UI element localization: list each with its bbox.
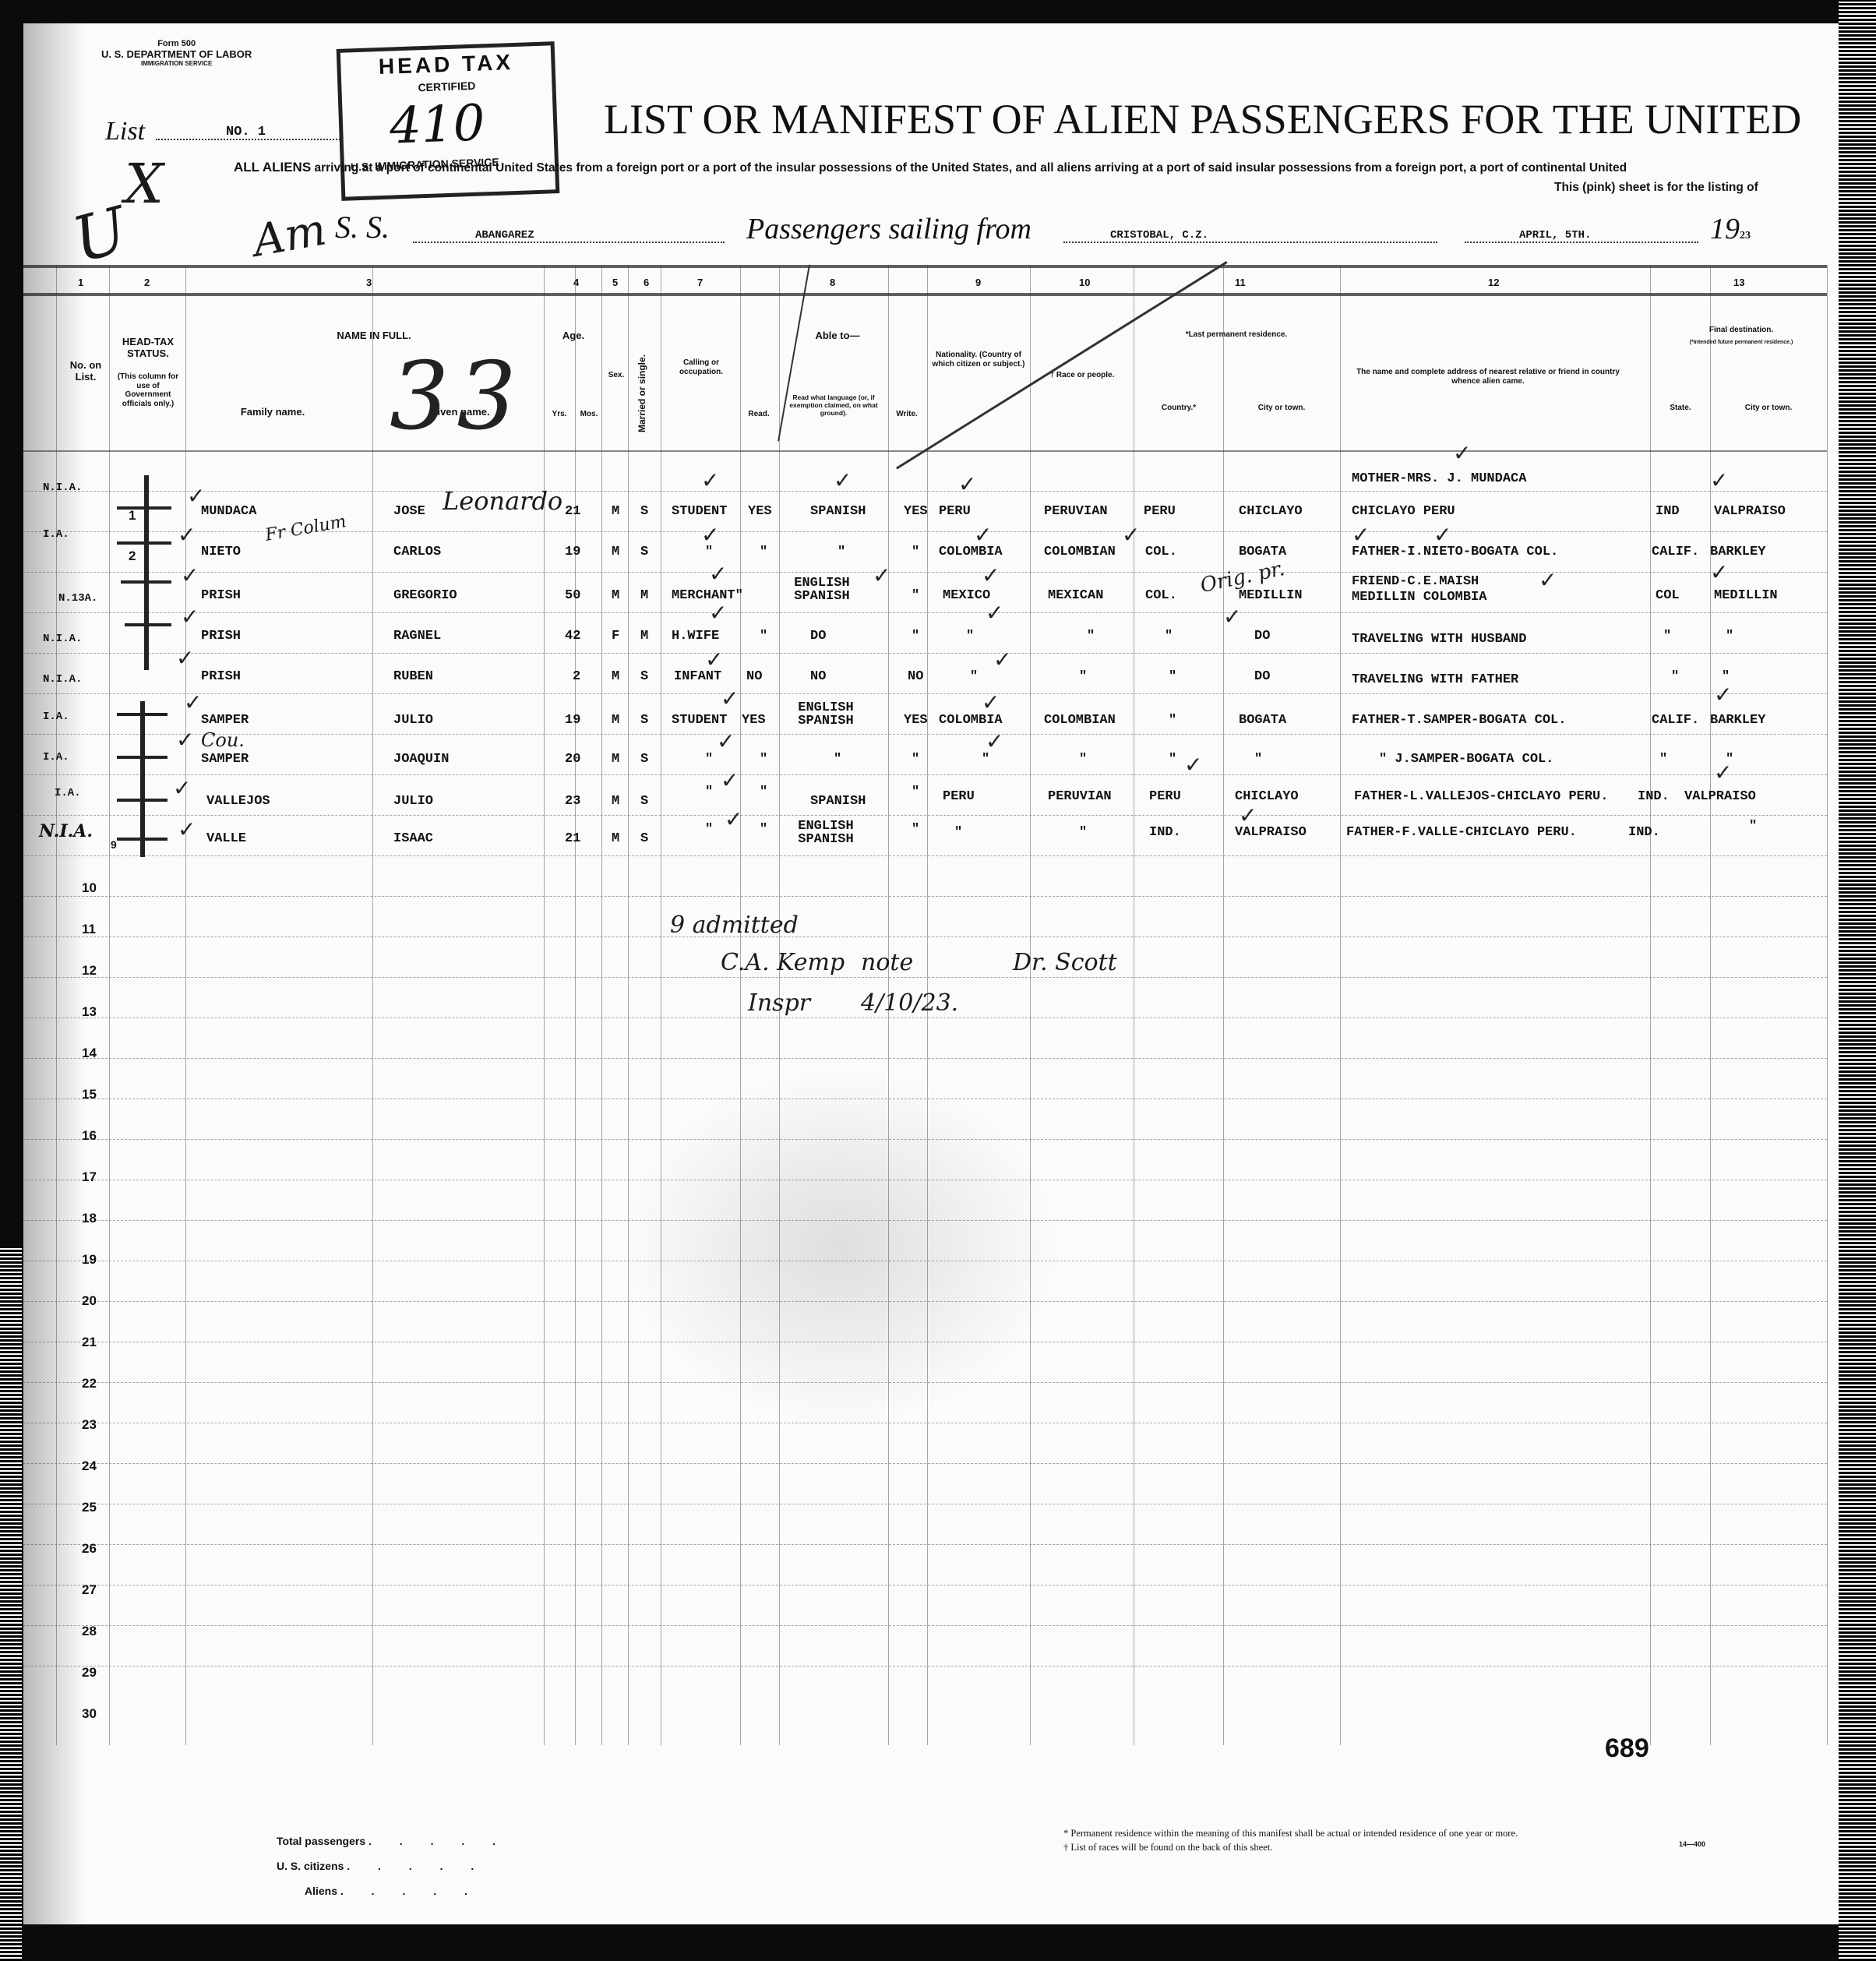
check-icon: ✓ (178, 522, 196, 548)
can-read: YES (742, 714, 766, 727)
can-write: " (912, 589, 919, 602)
age: 2 (573, 670, 580, 683)
relative-address: MEDILLIN COLOMBIA (1352, 591, 1486, 604)
residence-country: COL. (1145, 545, 1177, 559)
can-read: " (760, 823, 767, 836)
grid-line (23, 1666, 1827, 1666)
check-icon: ✓ (982, 563, 1000, 588)
language: SPANISH (810, 505, 866, 518)
can-read: " (760, 545, 767, 559)
occupation: " (705, 753, 713, 766)
race: COLOMBIAN (1044, 714, 1116, 727)
dest-city: BARKLEY (1710, 714, 1765, 727)
nationality: " (954, 826, 962, 839)
nationality: " (982, 753, 989, 766)
form-number: Form 500 (101, 39, 252, 48)
check-icon: ✓ (178, 816, 196, 842)
can-read: YES (748, 505, 772, 518)
residence-city: CHICLAYO (1239, 505, 1303, 518)
check-icon: ✓ (1710, 467, 1728, 493)
language: ENGLISH SPANISH (787, 820, 865, 846)
grid-line (23, 1585, 1827, 1585)
header-calling: Calling or occupation. (664, 358, 739, 376)
grid-col (1827, 265, 1828, 1745)
dest-state: IND. (1638, 790, 1670, 803)
dot-leader: . . . . . (368, 1835, 508, 1847)
head-tax-tally-tick (117, 756, 167, 759)
check-icon: ✓ (974, 522, 992, 548)
family-name: MUNDACA (201, 505, 256, 518)
aliens-row: Aliens . . . . . (277, 1885, 508, 1910)
col-number-1: 1 (78, 277, 83, 288)
given-name: ISAAC (393, 832, 433, 845)
residence-city: DO (1254, 670, 1270, 683)
check-icon: ✓ (1239, 802, 1257, 828)
handwritten-x: X (125, 152, 164, 216)
departure-year: 1923 (1710, 212, 1751, 246)
grid-line (23, 1463, 1827, 1464)
service: IMMIGRATION SERVICE (101, 60, 252, 67)
check-icon: ✓ (173, 775, 191, 801)
grid-line (23, 1342, 1827, 1342)
occupation: MERCHANT" (672, 589, 743, 602)
race: PERUVIAN (1048, 790, 1112, 803)
head-tax-mark: I.A. (43, 751, 69, 764)
dest-city: VALPRAISO (1684, 790, 1756, 803)
col-number-11: 11 (1235, 277, 1246, 288)
header-country: Country.* (1136, 404, 1222, 413)
head-tax-tally-line (144, 475, 149, 670)
can-write: " (912, 753, 919, 766)
dest-state: IND. (1628, 826, 1660, 839)
given-name-handwritten: Leonardo (443, 486, 562, 516)
row-number: 20 (82, 1293, 97, 1309)
form-code: 14—400 (1679, 1840, 1705, 1848)
stamp-title: HEAD TAX (348, 49, 544, 81)
grid-col (601, 265, 602, 1745)
race: " (1079, 753, 1087, 766)
grid-col (575, 265, 576, 1745)
residence-city: BOGATA (1239, 714, 1286, 727)
dest-city: " (1726, 630, 1733, 643)
dest-state: " (1659, 753, 1667, 766)
race: " (1079, 670, 1087, 683)
row-number: 22 (82, 1376, 97, 1391)
head-tax-mark: I.A. (43, 528, 69, 541)
col-number-10: 10 (1079, 277, 1090, 288)
col-number-7: 7 (697, 277, 703, 288)
footnote-permanent-residence: * Permanent residence within the meaning… (1063, 1827, 1518, 1841)
inspector-name: C.A. Kemp (721, 949, 845, 976)
passenger-row: I.A. 2 NIETO Fr Colum CARLOS 19 M S " " … (0, 531, 1839, 573)
year-suffix: 23 (1740, 230, 1751, 242)
check-icon: ✓ (1714, 760, 1732, 785)
can-write: NO (908, 670, 923, 683)
subtitle-rest: arriving at a port of continental United… (311, 161, 1627, 175)
grid-col (1340, 265, 1341, 1745)
handwritten-tally: 33 (390, 343, 524, 451)
check-icon: ✓ (1539, 567, 1557, 593)
grid-col (109, 265, 110, 1745)
header-no-on-list: No. on List. (62, 360, 109, 383)
header-name-in-full: NAME IN FULL. (234, 330, 514, 342)
check-icon: ✓ (709, 561, 727, 587)
given-name: RUBEN (393, 670, 433, 683)
grid-col (185, 265, 186, 1745)
given-name: GREGORIO (393, 589, 457, 602)
page-title: LIST OR MANIFEST OF ALIEN PASSENGERS FOR… (604, 95, 1801, 143)
form-info: Form 500 U. S. DEPARTMENT OF LABOR IMMIG… (101, 39, 252, 67)
grid-col (1223, 265, 1224, 1745)
grid-line (23, 1220, 1827, 1221)
given-name: JULIO (393, 714, 433, 727)
can-write: YES (904, 505, 928, 518)
occupation: " (705, 823, 713, 836)
age: 19 (565, 714, 580, 727)
check-icon: ✓ (1352, 522, 1370, 548)
grid-col (372, 265, 373, 1745)
passenger-row: I.A. Cou. SAMPER JOAQUIN 20 M S " " " " … (0, 734, 1839, 776)
header-age-yrs: Yrs. (545, 410, 573, 419)
check-icon: ✓ (184, 690, 202, 715)
grid-line (23, 1301, 1827, 1302)
check-icon: ✓ (982, 690, 1000, 715)
inspector-title: Inspr (748, 989, 810, 1017)
residence-country: " (1165, 630, 1172, 643)
check-icon: ✓ (1710, 559, 1728, 585)
relative-address: CHICLAYO PERU (1352, 505, 1455, 518)
language: " (834, 753, 841, 766)
subtitle-line-1: ALL ALIENS arriving at a port of contine… (234, 160, 1627, 175)
relative: FATHER-T.SAMPER-BOGATA COL. (1352, 714, 1566, 727)
passenger-row: I.A. SAMPER JULIO 19 M S STUDENT YES ENG… (0, 693, 1839, 735)
header-head-tax-note: (This column for use of Government offic… (114, 372, 182, 408)
header-dest-city: City or town. (1714, 404, 1823, 413)
col-number-12: 12 (1488, 277, 1499, 288)
sex: M (612, 753, 619, 766)
passenger-row: N.13A. PRISH GREGORIO 50 M M MERCHANT" E… (0, 572, 1839, 614)
ship-name: ABANGAREZ (413, 229, 725, 243)
header-nationality: Nationality. (Country of which citizen o… (929, 351, 1028, 369)
grid-line (23, 265, 1827, 268)
residence-city: MEDILLIN (1239, 589, 1303, 602)
row-number: 9 (111, 838, 117, 851)
marital-status: S (640, 714, 648, 727)
head-tax-mark: N.I.A. (43, 673, 82, 686)
col-number-2: 2 (144, 277, 150, 288)
departure-date: APRIL, 5TH. (1465, 229, 1698, 243)
head-tax-tally-tick (117, 799, 167, 802)
sex: M (612, 545, 619, 559)
total-passengers-label: Total passengers (277, 1835, 365, 1847)
occupation: " (705, 785, 713, 799)
footnotes: * Permanent residence within the meaning… (1063, 1827, 1518, 1854)
grid-line (23, 1099, 1827, 1099)
check-icon: ✓ (986, 728, 1003, 754)
age: 19 (565, 545, 580, 559)
can-write: " (912, 545, 919, 559)
row-number: 16 (82, 1128, 97, 1144)
year-prefix: 19 (1710, 213, 1740, 245)
check-icon: ✓ (717, 728, 735, 754)
family-name: SAMPER (201, 753, 249, 766)
list-label: List (105, 117, 145, 146)
header-read-language: Read what language (or, if exemption cla… (781, 394, 887, 417)
col-number-9: 9 (975, 277, 981, 288)
nationality: COLOMBIA (939, 714, 1003, 727)
check-icon: ✓ (701, 467, 719, 493)
family-name: VALLEJOS (206, 795, 270, 808)
residence-city: " (1254, 753, 1262, 766)
grid-line (23, 1382, 1827, 1383)
dot-leader: . . . . . (340, 1885, 480, 1897)
check-icon: ✓ (721, 686, 739, 711)
header-sex: Sex. (603, 371, 629, 380)
stamp-number: 410 (389, 94, 486, 155)
marital-status: S (640, 545, 648, 559)
nationality: COLOMBIA (939, 545, 1003, 559)
grid-line (23, 1139, 1827, 1140)
note-word: note (861, 949, 913, 976)
header-age: Age. (545, 330, 601, 342)
sex: F (612, 630, 619, 643)
us-citizens-row: U. S. citizens . . . . . (277, 1860, 508, 1885)
row-number: 27 (82, 1582, 97, 1598)
us-citizens-label: U. S. citizens (277, 1860, 344, 1872)
row-number: 26 (82, 1541, 97, 1557)
head-tax-mark: N.I.A. (39, 821, 93, 841)
occupation: H.WIFE (672, 630, 719, 643)
marital-status: M (640, 630, 648, 643)
row-number: 2 (129, 548, 136, 564)
row-number: 28 (82, 1624, 97, 1639)
dest-state: " (1671, 670, 1679, 683)
head-tax-mark: I.A. (55, 787, 81, 799)
passenger-row: N.I.A. PRISH RAGNEL 42 F M H.WIFE " DO "… (0, 612, 1839, 654)
relative: TRAVELING WITH HUSBAND (1352, 633, 1526, 646)
age: 23 (565, 795, 580, 808)
residence-country: PERU (1149, 790, 1181, 803)
can-read: " (760, 753, 767, 766)
language: ENGLISH SPANISH (783, 701, 869, 728)
marital-status: S (640, 505, 648, 518)
check-icon: ✓ (725, 806, 742, 832)
row-number: 24 (82, 1458, 97, 1474)
head-tax-tally-tick (117, 713, 167, 716)
header-write: Write. (888, 410, 926, 419)
col-number-6: 6 (644, 277, 649, 288)
head-tax-stamp: HEAD TAX CERTIFIED 410 U.S. IMMIGRATION … (337, 41, 560, 201)
family-name: VALLE (206, 832, 246, 845)
dest-city: " (1749, 820, 1757, 833)
head-tax-tally-tick (117, 541, 171, 545)
passenger-row: N.I.A. PRISH RUBEN 2 M S INFANT NO NO NO… (0, 653, 1839, 695)
header-final-destination-note: (*Intended future permanent residence.) (1652, 340, 1831, 346)
row-number: 1 (129, 508, 136, 524)
sex: M (612, 714, 619, 727)
check-icon: ✓ (705, 647, 723, 672)
check-icon: ✓ (187, 483, 205, 509)
residence-country: IND. (1149, 826, 1181, 839)
occupation: STUDENT (672, 714, 727, 727)
age: 50 (565, 589, 580, 602)
head-tax-tally-tick (117, 506, 171, 510)
aliens-label: Aliens (305, 1885, 337, 1897)
check-icon: ✓ (986, 600, 1003, 626)
margin-note: Cou. (201, 729, 245, 751)
given-name: CARLOS (393, 545, 441, 559)
header-married-or-single: Married or single. (637, 335, 648, 452)
relative: TRAVELING WITH FATHER (1352, 673, 1518, 686)
row-number: 11 (82, 922, 96, 937)
given-name: JOAQUIN (393, 753, 449, 766)
age: 21 (565, 832, 580, 845)
page-number: 689 (1605, 1734, 1649, 1764)
check-icon: ✓ (958, 471, 976, 497)
grid-col (661, 265, 661, 1745)
race: PERUVIAN (1044, 505, 1108, 518)
grid-col (628, 265, 629, 1745)
sex: M (612, 505, 619, 518)
dest-city: BARKLEY (1710, 545, 1765, 559)
race: MEXICAN (1048, 589, 1103, 602)
marital-status: S (640, 753, 648, 766)
col-number-13: 13 (1733, 277, 1744, 288)
row-number: 18 (82, 1211, 97, 1226)
grid-col (1650, 265, 1651, 1745)
grid-line (23, 1058, 1827, 1059)
header-family-name: Family name. (195, 407, 351, 418)
race: " (1079, 826, 1087, 839)
head-tax-tally-tick (125, 623, 171, 626)
check-icon: ✓ (873, 563, 890, 588)
can-read: NO (746, 670, 762, 683)
family-name: NIETO (201, 545, 241, 559)
grid-line (23, 1180, 1827, 1180)
header-read: Read. (740, 410, 778, 419)
sex: M (612, 670, 619, 683)
residence-country: COL. (1145, 589, 1177, 602)
residence-city: CHICLAYO (1235, 790, 1299, 803)
head-tax-tally-tick (117, 838, 167, 841)
subtitle-line-2: This (pink) sheet is for the listing of (1554, 181, 1758, 195)
doctor-name: Dr. Scott (1013, 949, 1117, 976)
check-icon: ✓ (181, 604, 199, 630)
dest-city: MEDILLIN (1714, 589, 1778, 602)
row-number: 12 (82, 963, 97, 979)
head-tax-mark: I.A. (43, 711, 69, 723)
grid-line (23, 1544, 1827, 1545)
row-number: 19 (82, 1252, 97, 1268)
dest-state: COL (1656, 589, 1680, 602)
grid-col (1134, 265, 1134, 1745)
race: COLOMBIAN (1044, 545, 1116, 559)
row-number: 17 (82, 1169, 97, 1185)
header-final-destination: Final destination. (1652, 326, 1831, 335)
age: 21 (565, 505, 580, 518)
nationality: " (966, 630, 974, 643)
department: U. S. DEPARTMENT OF LABOR (101, 48, 252, 60)
grid-line (23, 1018, 1827, 1018)
residence-city: DO (1254, 630, 1270, 643)
family-name: PRISH (201, 589, 241, 602)
residence-country: PERU (1144, 505, 1176, 518)
sex: M (612, 589, 619, 602)
dest-state: CALIF. (1652, 714, 1699, 727)
marital-status: S (640, 832, 648, 845)
dest-state: " (1663, 630, 1671, 643)
can-write: " (912, 630, 919, 643)
language: NO (810, 670, 826, 683)
family-name: PRISH (201, 630, 241, 643)
header-relative: The name and complete address of nearest… (1348, 368, 1628, 386)
residence-country: " (1169, 714, 1176, 727)
header-state: State. (1650, 404, 1711, 413)
inspection-date: 4/10/23. (861, 989, 958, 1017)
grid-line (23, 1504, 1827, 1504)
check-icon: ✓ (709, 600, 727, 626)
marital-status: S (640, 795, 648, 808)
marital-status: S (640, 670, 648, 683)
language: DO (810, 630, 826, 643)
can-write: " (912, 823, 919, 836)
admitted-note: 9 admitted (670, 912, 799, 939)
footnote-races: † List of races will be found on the bac… (1063, 1841, 1518, 1855)
ss-label: S. S. (335, 209, 390, 245)
language: SPANISH (810, 795, 866, 808)
check-icon: ✓ (1223, 604, 1241, 630)
header-age-mos: Mos. (575, 410, 603, 419)
can-write: " (912, 785, 919, 799)
given-name: JULIO (393, 795, 433, 808)
check-icon: ✓ (834, 467, 852, 493)
grid-line (23, 1261, 1827, 1261)
check-icon: ✓ (1122, 522, 1140, 548)
relative: FATHER-L.VALLEJOS-CHICLAYO PERU. (1354, 790, 1608, 803)
language: " (837, 545, 845, 559)
col-number-8: 8 (830, 277, 835, 288)
nationality: PERU (943, 790, 975, 803)
totals-block: Total passengers . . . . . U. S. citizen… (277, 1835, 508, 1910)
relative: MOTHER-MRS. J. MUNDACA (1352, 472, 1526, 485)
can-write: YES (904, 714, 928, 727)
grid-col (1030, 265, 1031, 1745)
total-passengers-row: Total passengers . . . . . (277, 1835, 508, 1860)
list-number: NO. 1 (226, 125, 266, 139)
residence-country: " (1169, 753, 1176, 766)
scan-border-left (0, 1247, 22, 1961)
check-icon: ✓ (721, 767, 739, 793)
residence-country: " (1169, 670, 1176, 683)
header-able-to: Able to— (748, 330, 927, 342)
row-number: 14 (82, 1046, 97, 1061)
col-number-5: 5 (612, 277, 618, 288)
relative: " J.SAMPER-BOGATA COL. (1379, 753, 1553, 766)
grid-col (740, 265, 741, 1745)
relative: FRIEND-C.E.MAISH (1352, 575, 1479, 588)
header-head-tax-status: HEAD-TAX STATUS. (111, 337, 185, 360)
language: ENGLISH SPANISH (779, 577, 865, 603)
given-name: JOSE (393, 505, 425, 518)
nationality: " (970, 670, 978, 683)
col-number-3: 3 (366, 277, 372, 288)
row-number: 21 (82, 1335, 97, 1350)
family-name: SAMPER (201, 714, 249, 727)
relative: FATHER-F.VALLE-CHICLAYO PERU. (1346, 826, 1577, 839)
col-number-4: 4 (573, 277, 579, 288)
row-number: 15 (82, 1087, 97, 1102)
check-icon: ✓ (993, 647, 1011, 672)
